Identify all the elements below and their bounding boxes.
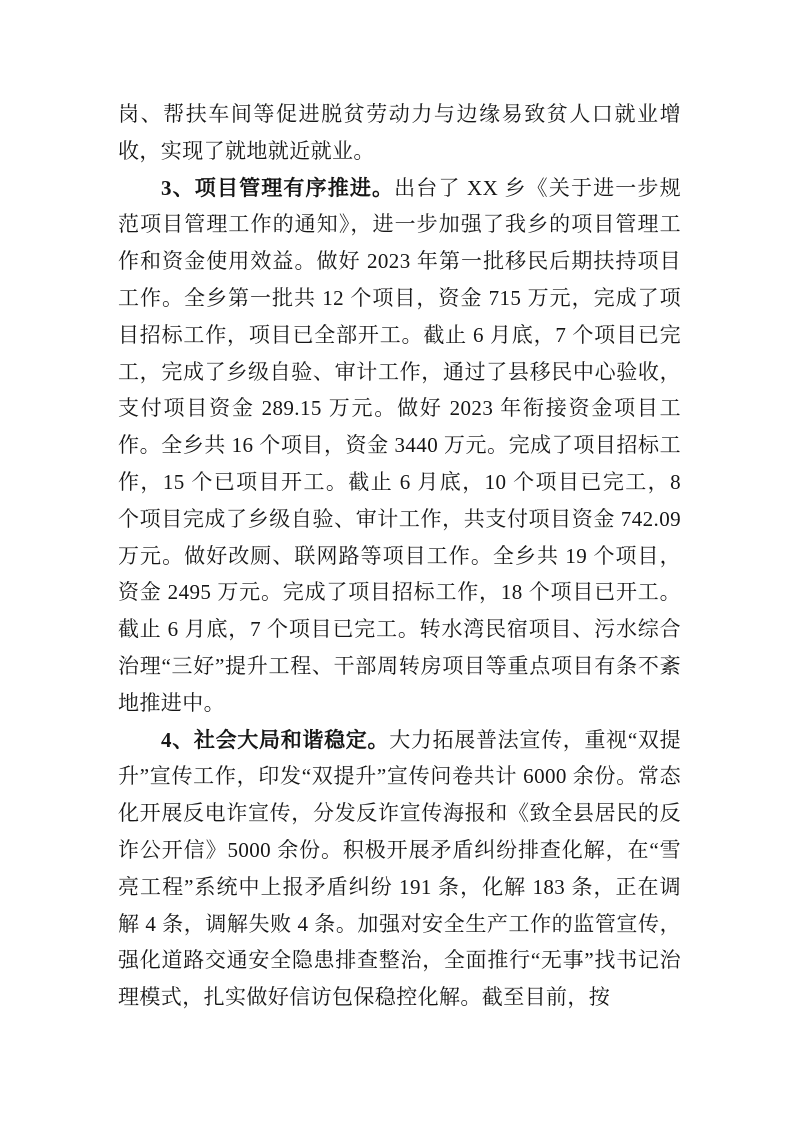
document-page: 岗、帮扶车间等促进脱贫劳动力与边缘易致贫人口就业增收，实现了就地就近就业。 3、… bbox=[0, 0, 793, 1122]
paragraph-continuation: 岗、帮扶车间等促进脱贫劳动力与边缘易致贫人口就业增收，实现了就地就近就业。 bbox=[118, 96, 681, 170]
paragraph-lead: 4、社会大局和谐稳定。 bbox=[161, 728, 389, 752]
paragraph-text: 岗、帮扶车间等促进脱贫劳动力与边缘易致贫人口就业增收，实现了就地就近就业。 bbox=[118, 102, 681, 163]
paragraph-lead: 3、项目管理有序推进。 bbox=[161, 176, 394, 200]
paragraph-text: 出台了 XX 乡《关于进一步规范项目管理工作的通知》，进一步加强了我乡的项目管理… bbox=[118, 176, 681, 715]
document-content: 岗、帮扶车间等促进脱贫劳动力与边缘易致贫人口就业增收，实现了就地就近就业。 3、… bbox=[118, 96, 681, 1016]
paragraph-text: 大力拓展普法宣传，重视“双提升”宣传工作，印发“双提升”宣传问卷共计 6000 … bbox=[118, 728, 681, 1010]
paragraph-section-4: 4、社会大局和谐稳定。大力拓展普法宣传，重视“双提升”宣传工作，印发“双提升”宣… bbox=[118, 722, 681, 1016]
paragraph-section-3: 3、项目管理有序推进。出台了 XX 乡《关于进一步规范项目管理工作的通知》，进一… bbox=[118, 170, 681, 722]
